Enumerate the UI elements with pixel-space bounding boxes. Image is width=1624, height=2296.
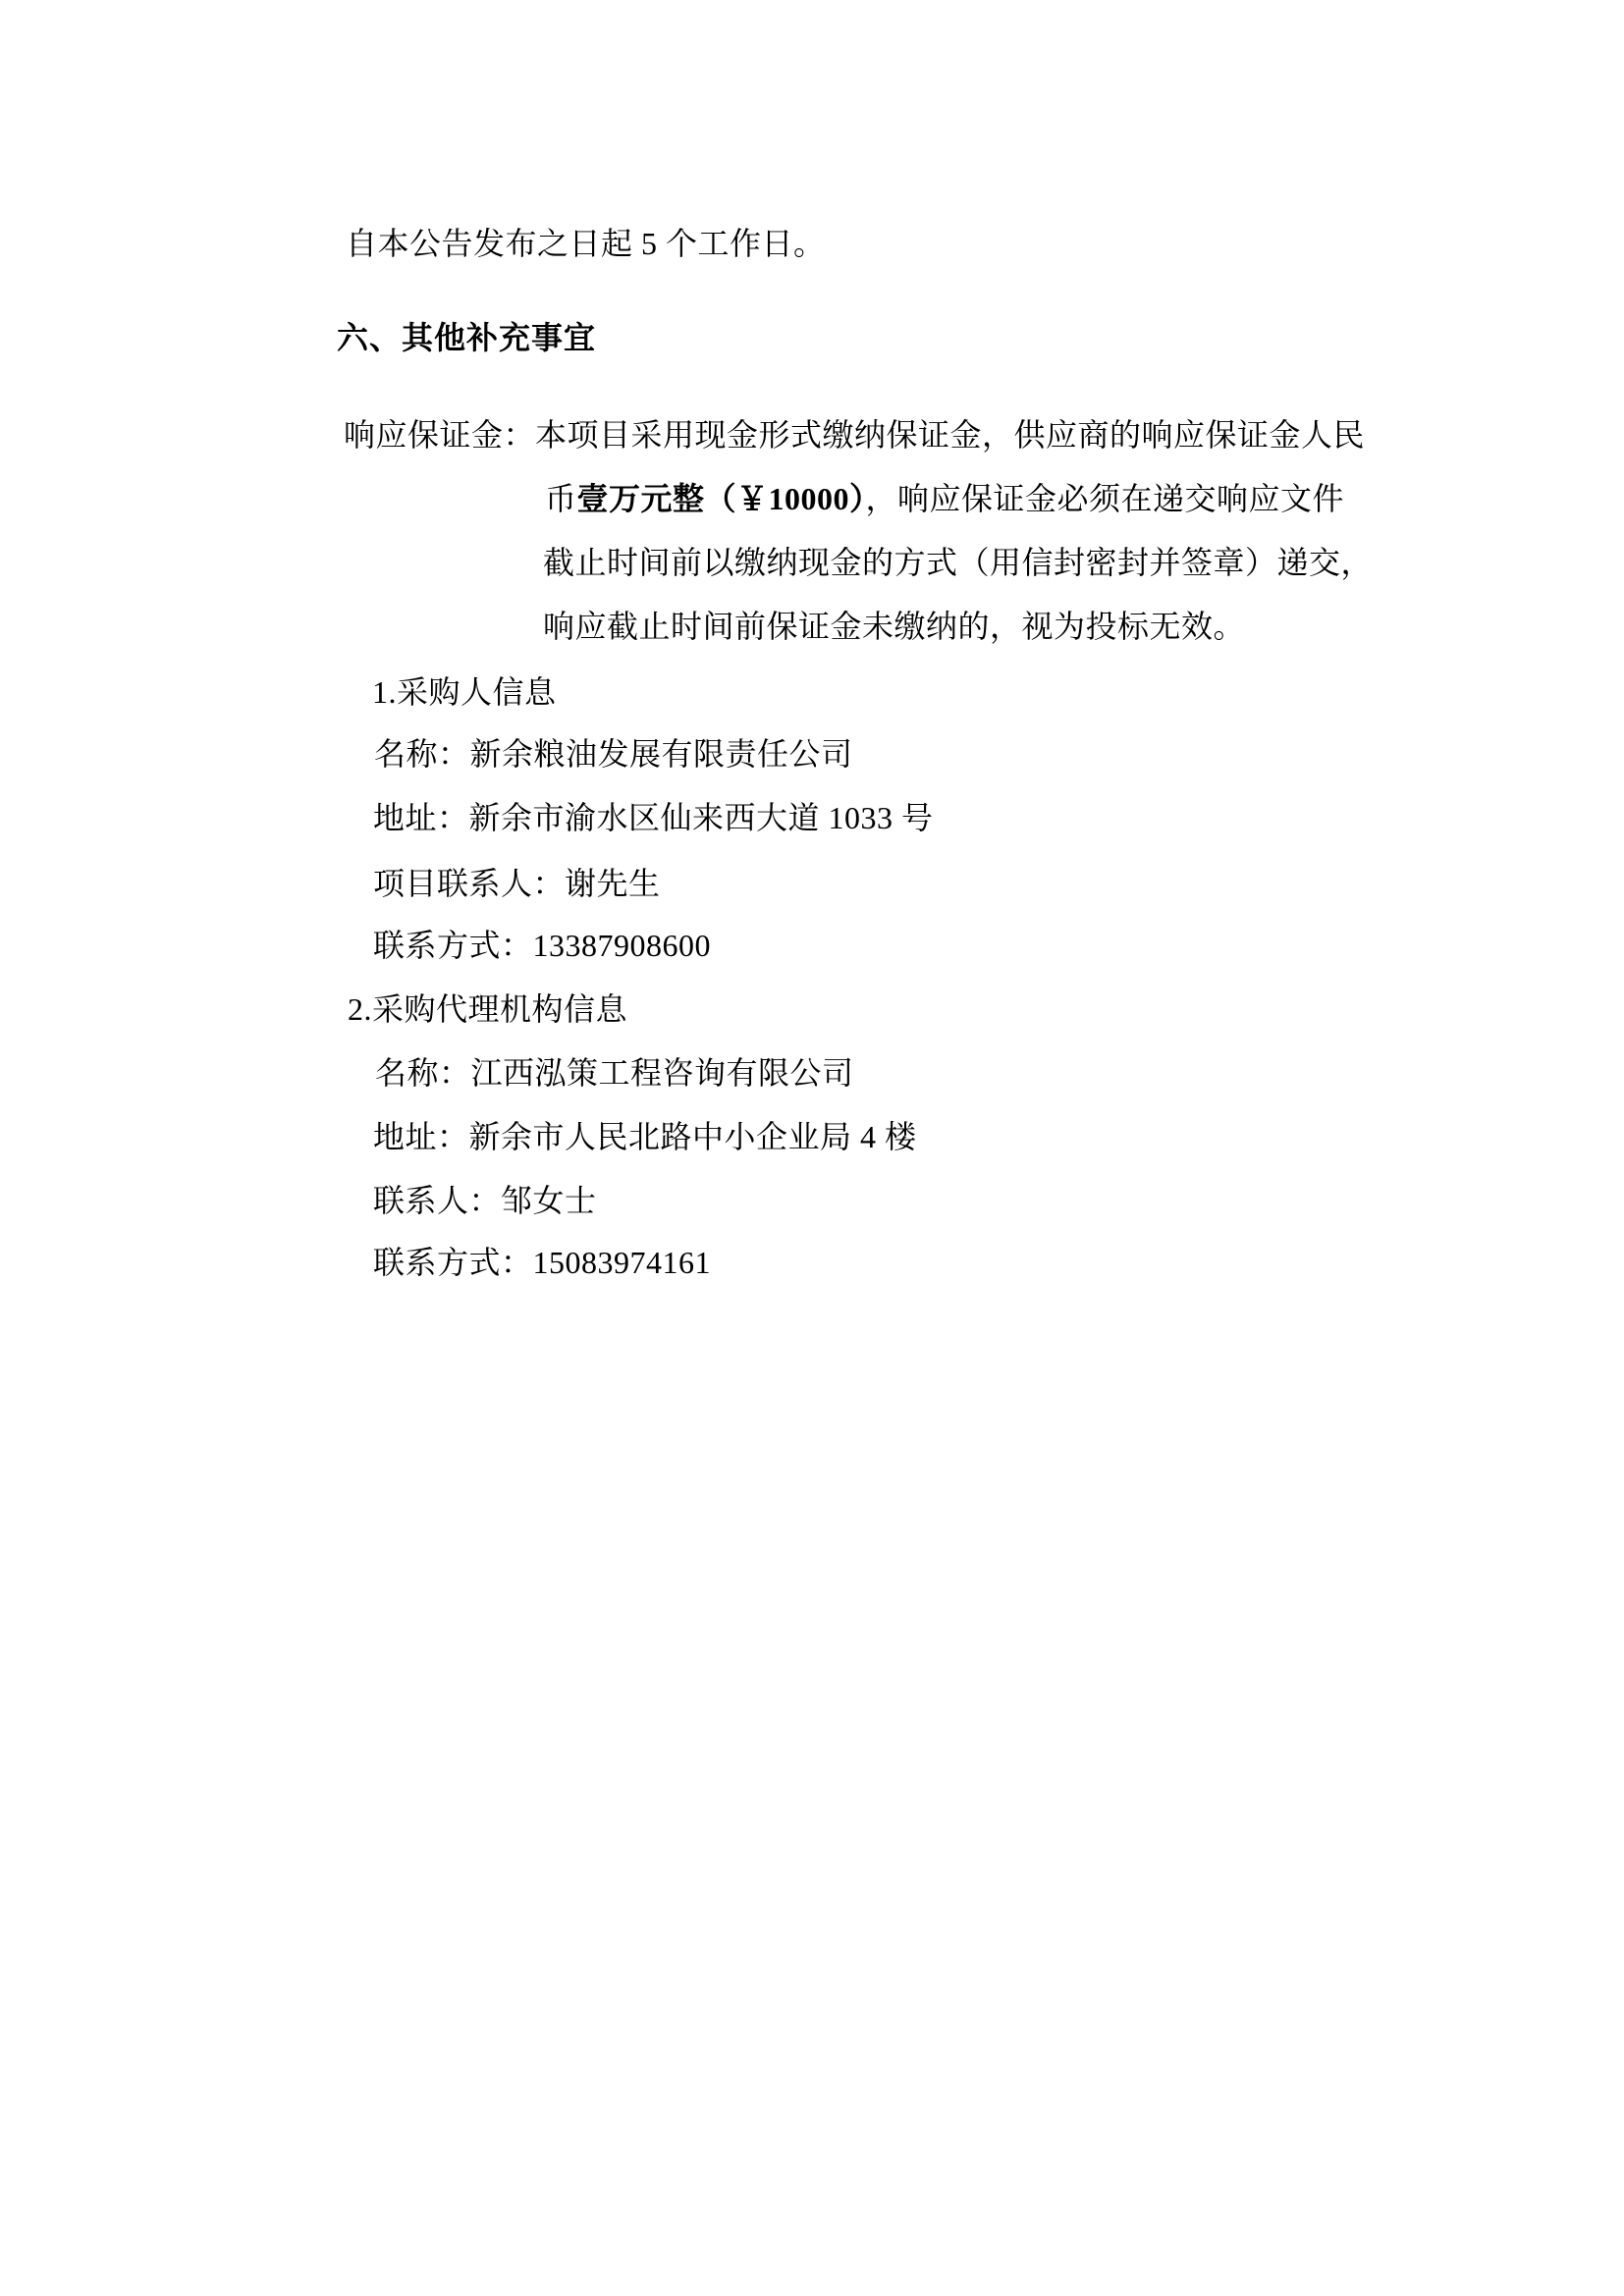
deposit-paragraph-line-1: 响应保证金：本项目采用现金形式缴纳保证金，供应商的响应保证金人民 [344,415,1365,454]
purchaser-address: 地址：新余市渝水区仙来西大道 1033 号 [373,798,934,837]
deposit-amount-bold: 壹万元整（￥10000） [577,481,866,516]
agency-address: 地址：新余市人民北路中小企业局 4 楼 [373,1117,917,1156]
agency-name: 名称：江西泓策工程咨询有限公司 [375,1053,854,1093]
deposit-paragraph-line-4: 响应截止时间前保证金未缴纳的，视为投标无效。 [543,607,1245,646]
agency-phone: 联系方式：15083974161 [373,1243,711,1282]
deposit-paragraph-line-3: 截止时间前以缴纳现金的方式（用信封密封并签章）递交， [543,543,1373,582]
document-page: 自本公告发布之日起 5 个工作日。 六、其他补充事宜 响应保证金：本项目采用现金… [0,0,1624,2296]
section-heading: 六、其他补充事宜 [337,318,596,357]
intro-line: 自本公告发布之日起 5 个工作日。 [346,224,826,263]
deposit-line-2-prefix: 币 [545,481,577,516]
purchaser-phone: 联系方式：13387908600 [373,926,711,965]
deposit-line-2-suffix: ，响应保证金必须在递交响应文件 [866,481,1345,516]
purchaser-contact: 项目联系人：谢先生 [373,864,661,903]
agency-section-heading: 2.采购代理机构信息 [348,989,627,1029]
deposit-paragraph-line-2: 币壹万元整（￥10000），响应保证金必须在递交响应文件 [545,479,1344,518]
purchaser-name: 名称：新余粮油发展有限责任公司 [374,734,853,774]
agency-contact: 联系人：邹女士 [373,1181,597,1220]
purchaser-section-heading: 1.采购人信息 [372,672,557,712]
